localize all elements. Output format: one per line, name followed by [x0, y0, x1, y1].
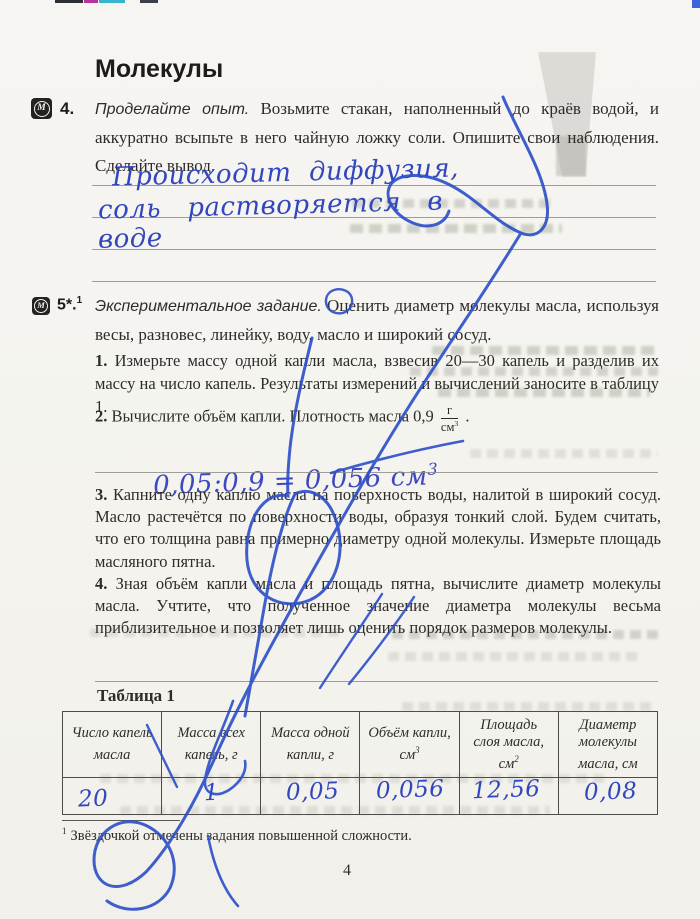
- workbook-page: Молекулы М 4. Проделайте опыт. Возьмите …: [0, 0, 700, 919]
- pen-scribble: [0, 0, 700, 919]
